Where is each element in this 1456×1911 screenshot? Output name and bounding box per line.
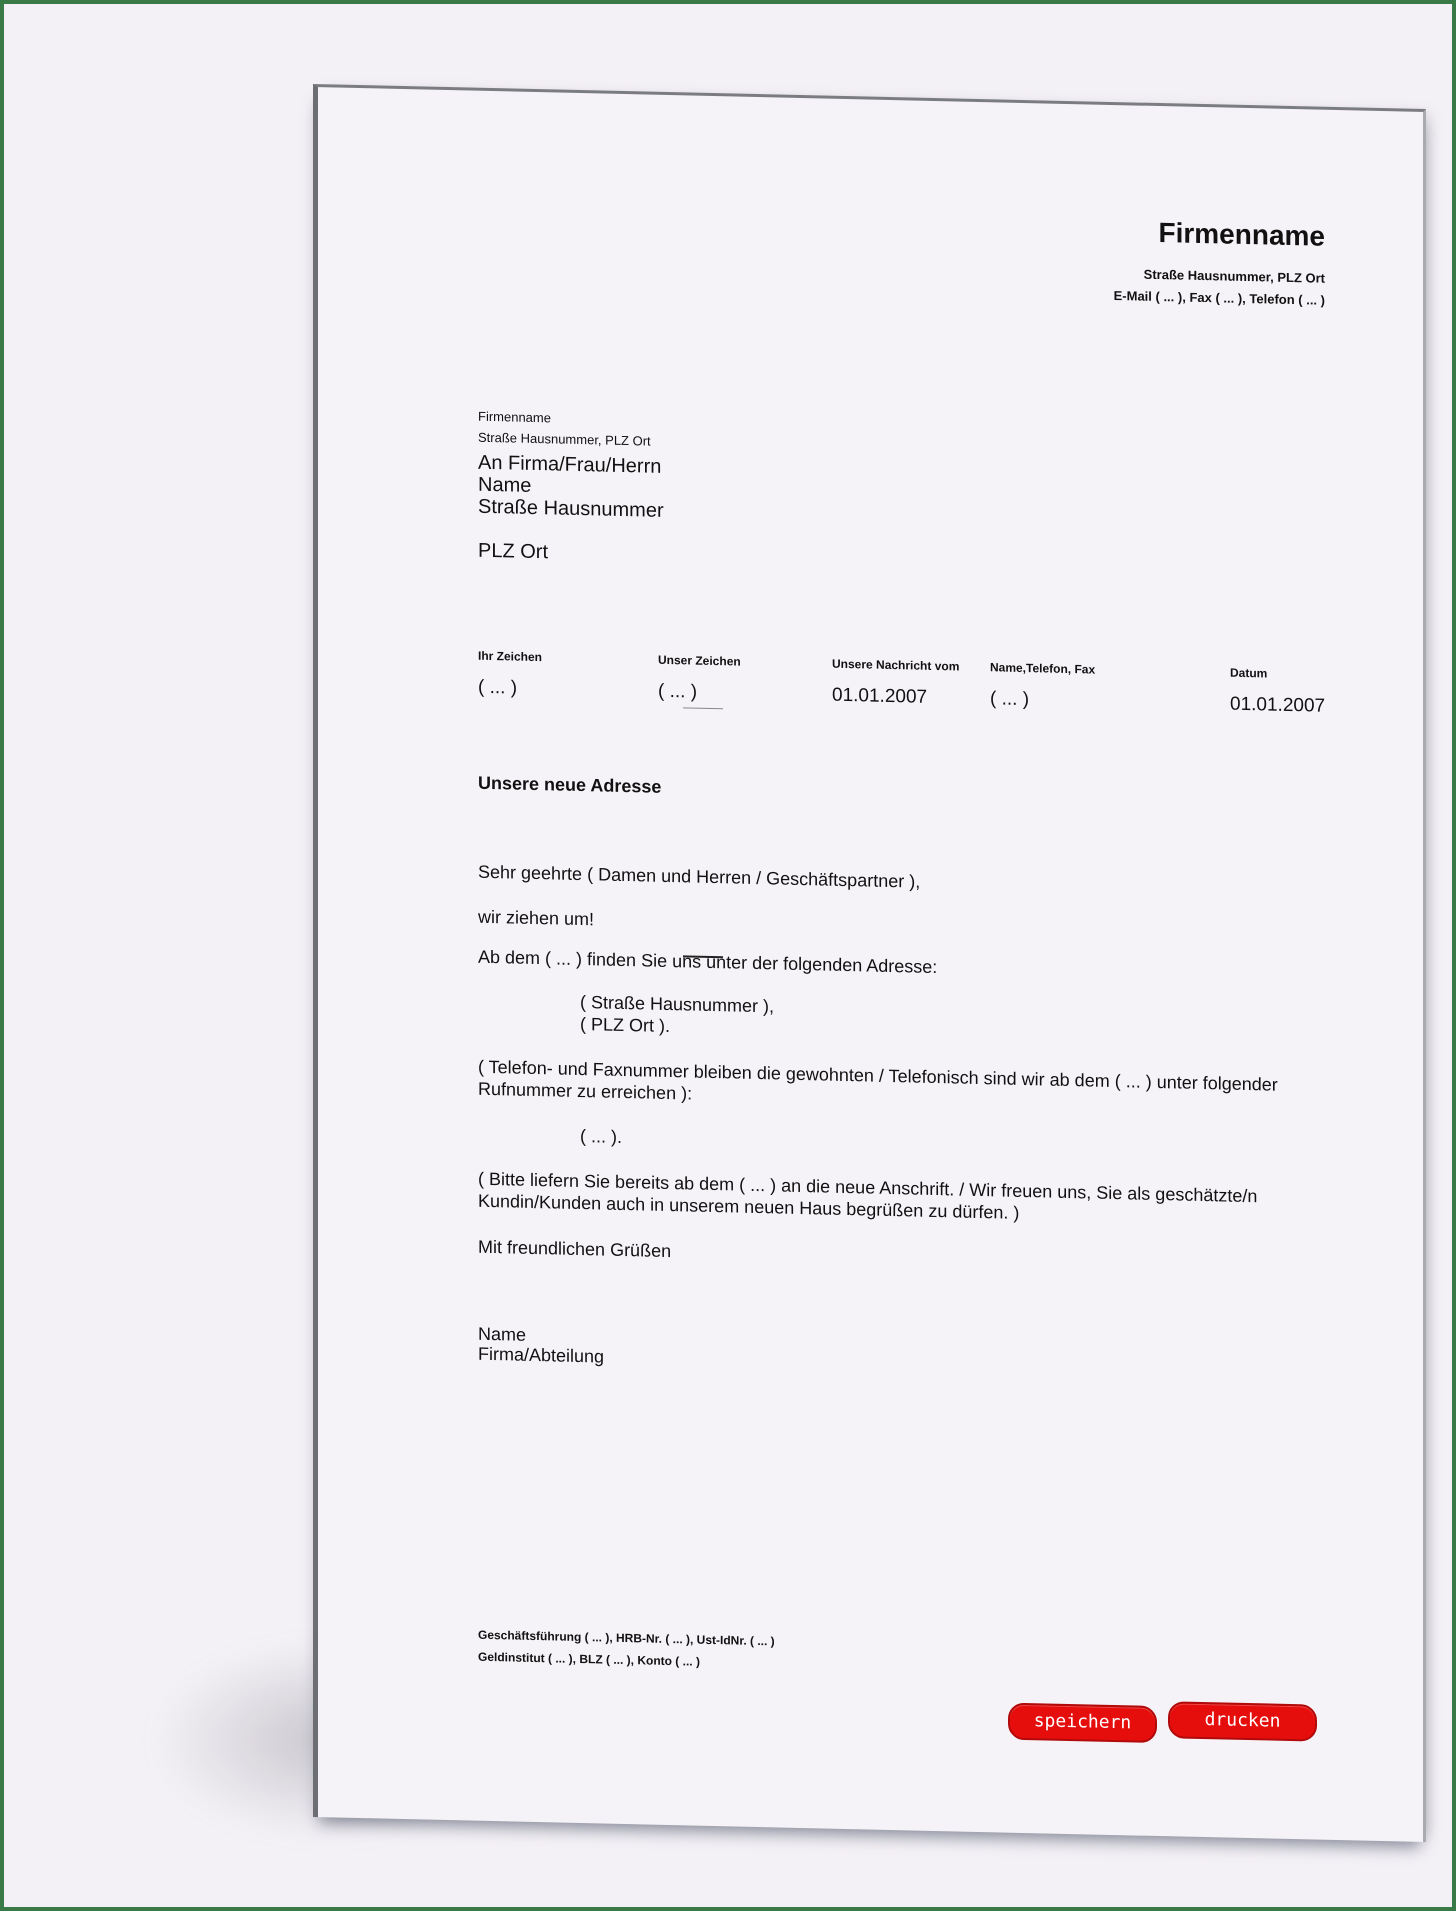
save-button[interactable]: speichern — [1008, 1703, 1157, 1743]
sender-line: Firmenname Straße Hausnummer, PLZ Ort — [478, 406, 651, 452]
salutation: Sehr geehrte ( Damen und Herren / Geschä… — [478, 861, 920, 893]
phone-number: ( ... ). — [580, 1125, 622, 1148]
recipient-address: An Firma/Frau/Herrn Name Straße Hausnumm… — [478, 452, 664, 566]
paragraph-phone-line-2: Rufnummer zu erreichen ): — [478, 1078, 692, 1105]
new-address-city: ( PLZ Ort ). — [580, 1013, 670, 1037]
letter-footer: Geschäftsführung ( ... ), HRB-Nr. ( ... … — [478, 1624, 775, 1675]
ref-ihr-zeichen: Ihr Zeichen ( ... ) — [478, 649, 542, 700]
paragraph-moving: wir ziehen um! — [478, 906, 594, 931]
letterhead-address: Straße Hausnummer, PLZ Ort — [1144, 267, 1325, 286]
letterhead-company-name: Firmenname — [1159, 217, 1326, 253]
sender-address: Straße Hausnummer, PLZ Ort — [478, 427, 651, 452]
letterhead-contact: E-Mail ( ... ), Fax ( ... ), Telefon ( .… — [1114, 288, 1325, 308]
signature-department: Firma/Abteilung — [478, 1343, 604, 1368]
print-button[interactable]: drucken — [1168, 1701, 1317, 1741]
reference-row: Ihr Zeichen ( ... ) Unser Zeichen ( ... … — [478, 649, 1338, 728]
ref-nachricht-vom: Unsere Nachricht vom 01.01.2007 — [832, 657, 959, 710]
ref-name-telefon-fax: Name,Telefon, Fax ( ... ) — [990, 660, 1095, 712]
closing: Mit freundlichen Grüßen — [478, 1236, 671, 1262]
recipient-line-4: PLZ Ort — [478, 540, 664, 566]
ref-datum: Datum 01.01.2007 — [1230, 666, 1325, 718]
recipient-line-3: Straße Hausnummer — [478, 496, 664, 522]
paragraph-new-address-intro: Ab dem ( ... ) finden Sie uns unter der … — [478, 946, 937, 978]
letter-subject: Unsere neue Adresse — [478, 773, 661, 798]
letter-page: Firmenname Straße Hausnummer, PLZ Ort E-… — [313, 84, 1426, 1842]
ref-unser-zeichen: Unser Zeichen ( ... ) — [658, 653, 741, 705]
